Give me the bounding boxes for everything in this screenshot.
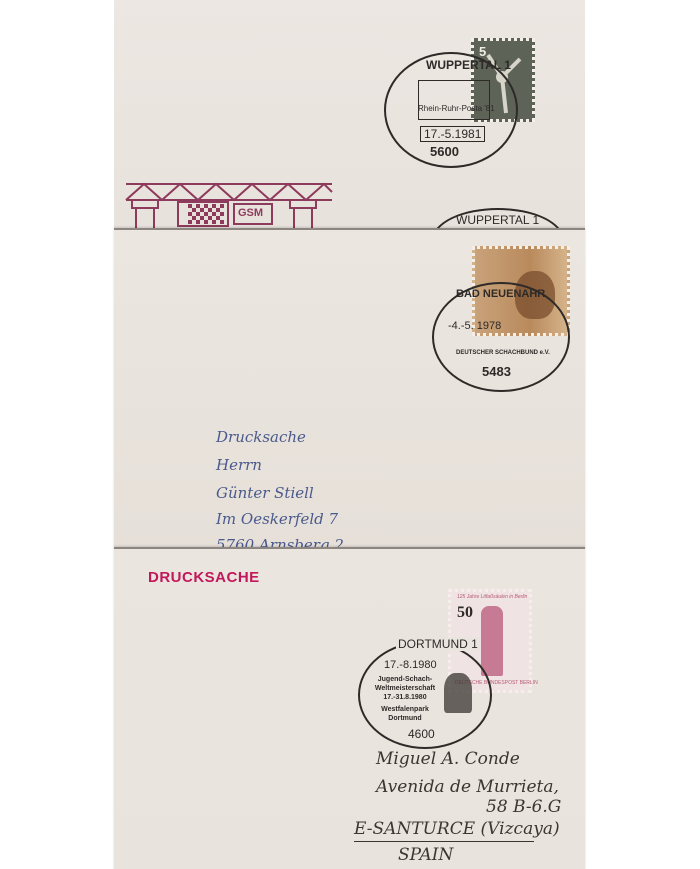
event-line: Westfalenpark: [368, 705, 442, 714]
address-line: Avenida de Murrieta,: [376, 777, 559, 797]
chess-knight-icon: [444, 673, 472, 713]
address-line: E-SANTURCE (Vizcaya): [354, 819, 560, 839]
postmark-city: WUPPERTAL 1: [426, 58, 511, 72]
postmark-date: -4.-5. 1978: [448, 320, 501, 332]
postmark-illustration: [418, 80, 490, 120]
address-line: SPAIN: [398, 845, 453, 865]
event-line: Dortmund: [368, 714, 442, 723]
postmark-bad-neuenahr: BAD NEUENAHR -4.-5. 1978 DEUTSCHER SCHAC…: [432, 282, 570, 392]
litfass-column-icon: [481, 606, 503, 676]
address-line: Herrn: [216, 456, 262, 474]
envelope-wuppertal: GSM 5 WUPPERTAL 1 Rhein-Ruhr-Posta '81 1…: [114, 0, 585, 228]
postmark-motto: Rhein-Ruhr-Posta '81: [418, 104, 495, 113]
postmark-city: BAD NEUENAHR: [456, 288, 545, 300]
address-line: Miguel A. Conde: [376, 749, 520, 769]
postmark-city: DORTMUND 1: [396, 637, 480, 651]
postmark-city: WUPPERTAL 1: [456, 213, 539, 227]
postmark-postcode: 5483: [482, 364, 511, 379]
drucksache-label: DRUCKSACHE: [148, 569, 260, 586]
postmark-dortmund: DORTMUND 1 17.-8.1980 Jugend-Schach- Wel…: [358, 641, 492, 749]
event-line: Weltmeisterschaft: [368, 684, 442, 693]
postmark-postcode: 4600: [408, 727, 435, 741]
envelope-dortmund: DRUCKSACHE 125 Jahre Litfaßsäulen in Ber…: [114, 547, 585, 869]
postmark-inner-text: DEUTSCHER SCHACHBUND e.V.: [456, 350, 550, 356]
event-line: Jugend-Schach-: [368, 675, 442, 684]
postmark-wuppertal: WUPPERTAL 1 Rhein-Ruhr-Posta '81 17.-5.1…: [384, 52, 518, 168]
postmark-date: 17.-8.1980: [384, 659, 437, 671]
postmark-postcode: 5600: [430, 144, 459, 159]
address-line: Im Oeskerfeld 7: [216, 510, 338, 528]
gsm-cachet-illustration: [122, 170, 342, 228]
event-line: 17.-31.8.1980: [368, 693, 442, 702]
postmark-date: 17.-5.1981: [420, 126, 485, 142]
stamp-value: 50: [457, 604, 473, 622]
address-line: Günter Stiell: [216, 484, 314, 502]
address-line: 58 B-6.G: [486, 797, 561, 817]
postmark-wuppertal-second: WUPPERTAL 1: [432, 208, 564, 228]
cachet-label: GSM: [238, 207, 263, 219]
postmark-event: Jugend-Schach- Weltmeisterschaft 17.-31.…: [368, 675, 442, 723]
address-line: Drucksache: [216, 428, 306, 446]
envelope-bad-neuenahr: BAD NEUENAHR -4.-5. 1978 DEUTSCHER SCHAC…: [114, 228, 585, 550]
address-underline: [354, 841, 534, 842]
stamp-caption: 125 Jahre Litfaßsäulen in Berlin: [457, 594, 527, 600]
